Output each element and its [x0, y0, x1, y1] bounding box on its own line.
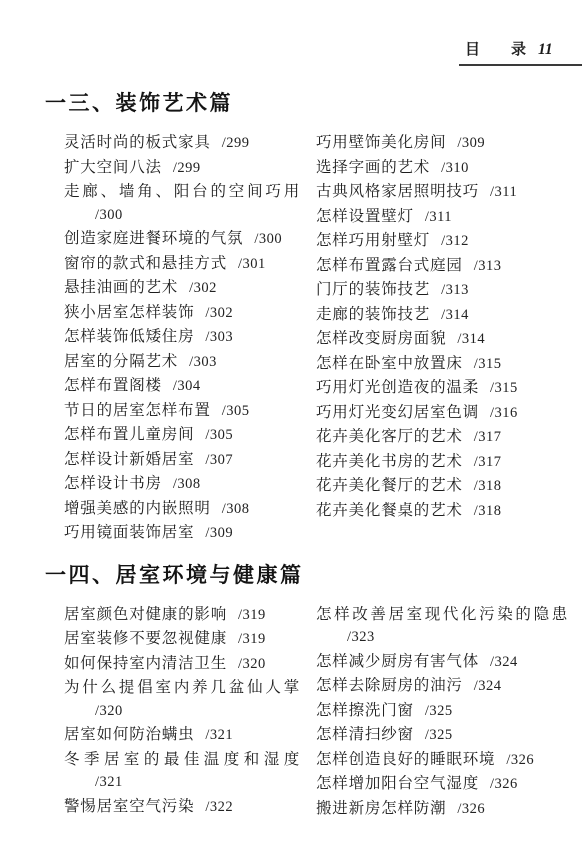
toc-entry: 搬进新房怎样防潮/326	[316, 797, 568, 822]
entry-title: 窗帘的款式和悬挂方式	[64, 255, 227, 272]
toc-entry: 居室装修不要忽视健康/319	[64, 627, 300, 652]
toc-entry: 巧用灯光变幻居室色调/316	[316, 401, 568, 426]
toc-entry: 花卉美化餐厅的艺术/318	[316, 474, 568, 499]
toc-entry: 怎样装饰低矮住房/303	[64, 325, 300, 350]
section-decoration-art: 一三、装饰艺术篇 灵活时尚的板式家具/299扩大空间八法/299走廊、墙角、阳台…	[0, 0, 588, 546]
entry-page: /321	[64, 771, 300, 795]
entry-page: /323	[316, 626, 568, 650]
entry-page: /300	[64, 204, 300, 228]
entry-page: /318	[474, 503, 502, 519]
entry-title: 古典风格家居照明技巧	[316, 183, 479, 200]
toc-entry: 选择字画的艺术/310	[316, 156, 568, 181]
toc-entry: 怎样减少厨房有害气体/324	[316, 650, 568, 675]
entry-title: 门厅的装饰技艺	[316, 281, 430, 298]
entry-title: 居室的分隔艺术	[64, 353, 178, 370]
entry-title: 怎样布置阁楼	[64, 377, 162, 394]
entry-title: 冬季居室的最佳温度和湿度	[64, 748, 300, 772]
entry-title: 巧用灯光创造夜的温柔	[316, 379, 479, 396]
toc-entry: 居室的分隔艺术/303	[64, 350, 300, 375]
entry-page: /307	[205, 452, 233, 468]
toc-entry: 怎样增加阳台空气湿度/326	[316, 772, 568, 797]
entry-title: 巧用灯光变幻居室色调	[316, 404, 479, 421]
toc-entry: 节日的居室怎样布置/305	[64, 399, 300, 424]
entry-page: /304	[173, 378, 201, 394]
entry-page: /299	[222, 135, 250, 151]
toc-column-left: 居室颜色对健康的影响/319居室装修不要忽视健康/319如何保持室内清洁卫生/3…	[64, 603, 300, 822]
entry-title: 居室如何防治螨虫	[64, 726, 194, 743]
entry-page: /324	[490, 654, 518, 670]
entry-page: /305	[222, 403, 250, 419]
entry-title: 选择字画的艺术	[316, 159, 430, 176]
entry-title: 灵活时尚的板式家具	[64, 134, 211, 151]
entry-page: /311	[425, 209, 452, 225]
toc-page: 目 录 11 一三、装饰艺术篇 灵活时尚的板式家具/299扩大空间八法/299走…	[0, 0, 588, 846]
toc-entry: 巧用镜面装饰居室/309	[64, 521, 300, 546]
toc-entry: 怎样设置壁灯/311	[316, 205, 568, 230]
entry-title: 怎样设计书房	[64, 475, 162, 492]
entry-page: /299	[173, 160, 201, 176]
entry-title: 警惕居室空气污染	[64, 798, 194, 815]
entry-page: /309	[205, 525, 233, 541]
entry-page: /302	[189, 280, 217, 296]
header-page-number: 11	[538, 41, 553, 58]
toc-entry: 警惕居室空气污染/322	[64, 795, 300, 820]
entry-page: /315	[490, 380, 518, 396]
entry-page: /312	[441, 233, 469, 249]
toc-entry: 扩大空间八法/299	[64, 156, 300, 181]
toc-column-right: 怎样改善居室现代化污染的隐患/323怎样减少厨房有害气体/324怎样去除厨房的油…	[316, 603, 568, 822]
entry-page: /326	[457, 801, 485, 817]
toc-entry: 怎样布置儿童房间/305	[64, 423, 300, 448]
toc-entry: 悬挂油画的艺术/302	[64, 276, 300, 301]
toc-entry: 花卉美化客厅的艺术/317	[316, 425, 568, 450]
entry-title: 怎样减少厨房有害气体	[316, 653, 479, 670]
toc-entry: 居室如何防治螨虫/321	[64, 723, 300, 748]
entry-page: /308	[173, 476, 201, 492]
toc-columns: 灵活时尚的板式家具/299扩大空间八法/299走廊、墙角、阳台的空间巧用/300…	[64, 131, 588, 546]
toc-entry: 巧用灯光创造夜的温柔/315	[316, 376, 568, 401]
entry-page: /302	[205, 305, 233, 321]
toc-entry: 怎样创造良好的睡眠环境/326	[316, 748, 568, 773]
entry-title: 搬进新房怎样防潮	[316, 800, 446, 817]
toc-entry: 怎样布置阁楼/304	[64, 374, 300, 399]
toc-entry: 冬季居室的最佳温度和湿度/321	[64, 748, 300, 795]
entry-title: 创造家庭进餐环境的气氛	[64, 230, 243, 247]
toc-entry: 为什么提倡室内养几盆仙人掌/320	[64, 676, 300, 723]
entry-title: 怎样清扫纱窗	[316, 726, 414, 743]
entry-page: /316	[490, 405, 518, 421]
entry-page: /303	[189, 354, 217, 370]
entry-page: /315	[474, 356, 502, 372]
entry-title: 怎样改善居室现代化污染的隐患	[316, 603, 568, 627]
entry-title: 悬挂油画的艺术	[64, 279, 178, 296]
entry-page: /325	[425, 727, 453, 743]
toc-entry: 怎样设计书房/308	[64, 472, 300, 497]
entry-title: 走廊、墙角、阳台的空间巧用	[64, 180, 300, 204]
toc-entry: 走廊的装饰技艺/314	[316, 303, 568, 328]
entry-title: 为什么提倡室内养几盆仙人掌	[64, 676, 300, 700]
entry-page: /326	[490, 776, 518, 792]
page-header: 目 录 11	[459, 38, 582, 66]
entry-title: 花卉美化餐桌的艺术	[316, 502, 463, 519]
entry-title: 怎样擦洗门窗	[316, 702, 414, 719]
section-title: 一四、居室环境与健康篇	[45, 559, 588, 589]
entry-page: /300	[254, 231, 282, 247]
toc-entry: 怎样设计新婚居室/307	[64, 448, 300, 473]
entry-page: /314	[457, 331, 485, 347]
entry-title: 狭小居室怎样装饰	[64, 304, 194, 321]
toc-entry: 窗帘的款式和悬挂方式/301	[64, 252, 300, 277]
toc-entry: 怎样在卧室中放置床/315	[316, 352, 568, 377]
entry-title: 扩大空间八法	[64, 159, 162, 176]
entry-title: 怎样布置儿童房间	[64, 426, 194, 443]
toc-entry: 灵活时尚的板式家具/299	[64, 131, 300, 156]
entry-page: /325	[425, 703, 453, 719]
entry-page: /326	[506, 752, 534, 768]
toc-entry: 门厅的装饰技艺/313	[316, 278, 568, 303]
toc-entry: 增强美感的内嵌照明/308	[64, 497, 300, 522]
toc-entry: 怎样去除厨房的油污/324	[316, 674, 568, 699]
entry-page: /305	[205, 427, 233, 443]
entry-title: 巧用壁饰美化房间	[316, 134, 446, 151]
entry-title: 花卉美化客厅的艺术	[316, 428, 463, 445]
entry-page: /322	[205, 799, 233, 815]
entry-page: /314	[441, 307, 469, 323]
toc-entry: 创造家庭进餐环境的气氛/300	[64, 227, 300, 252]
entry-title: 居室装修不要忽视健康	[64, 630, 227, 647]
entry-page: /318	[474, 478, 502, 494]
entry-page: /301	[238, 256, 266, 272]
entry-page: /308	[222, 501, 250, 517]
header-title: 目 录	[465, 42, 534, 58]
entry-title: 怎样在卧室中放置床	[316, 355, 463, 372]
entry-title: 增强美感的内嵌照明	[64, 500, 211, 517]
toc-entry: 怎样改变厨房面貌/314	[316, 327, 568, 352]
toc-entry: 巧用壁饰美化房间/309	[316, 131, 568, 156]
entry-title: 花卉美化书房的艺术	[316, 453, 463, 470]
toc-entry: 如何保持室内清洁卫生/320	[64, 652, 300, 677]
entry-title: 怎样创造良好的睡眠环境	[316, 751, 495, 768]
toc-entry: 居室颜色对健康的影响/319	[64, 603, 300, 628]
entry-title: 怎样装饰低矮住房	[64, 328, 194, 345]
entry-page: /303	[205, 329, 233, 345]
entry-title: 怎样布置露台式庭园	[316, 257, 463, 274]
entry-page: /313	[441, 282, 469, 298]
entry-page: /324	[474, 678, 502, 694]
entry-title: 花卉美化餐厅的艺术	[316, 477, 463, 494]
toc-entry: 怎样擦洗门窗/325	[316, 699, 568, 724]
entry-page: /319	[238, 631, 266, 647]
entry-page: /321	[205, 727, 233, 743]
entry-title: 怎样设置壁灯	[316, 208, 414, 225]
entry-page: /311	[490, 184, 517, 200]
toc-column-left: 灵活时尚的板式家具/299扩大空间八法/299走廊、墙角、阳台的空间巧用/300…	[64, 131, 300, 546]
toc-columns: 居室颜色对健康的影响/319居室装修不要忽视健康/319如何保持室内清洁卫生/3…	[64, 603, 588, 822]
entry-page: /320	[64, 700, 300, 724]
entry-title: 节日的居室怎样布置	[64, 402, 211, 419]
entry-page: /310	[441, 160, 469, 176]
entry-page: /317	[474, 429, 502, 445]
toc-entry: 怎样巧用射壁灯/312	[316, 229, 568, 254]
entry-page: /319	[238, 607, 266, 623]
entry-title: 怎样去除厨房的油污	[316, 677, 463, 694]
toc-entry: 古典风格家居照明技巧/311	[316, 180, 568, 205]
entry-title: 怎样设计新婚居室	[64, 451, 194, 468]
entry-page: /313	[474, 258, 502, 274]
entry-title: 怎样改变厨房面貌	[316, 330, 446, 347]
toc-column-right: 巧用壁饰美化房间/309选择字画的艺术/310古典风格家居照明技巧/311怎样设…	[316, 131, 568, 546]
toc-entry: 花卉美化餐桌的艺术/318	[316, 499, 568, 524]
entry-title: 居室颜色对健康的影响	[64, 606, 227, 623]
entry-page: /309	[457, 135, 485, 151]
toc-entry: 怎样清扫纱窗/325	[316, 723, 568, 748]
toc-entry: 怎样布置露台式庭园/313	[316, 254, 568, 279]
entry-title: 怎样巧用射壁灯	[316, 232, 430, 249]
entry-title: 走廊的装饰技艺	[316, 306, 430, 323]
section-environment-health: 一四、居室环境与健康篇 居室颜色对健康的影响/319居室装修不要忽视健康/319…	[0, 559, 588, 822]
toc-entry: 走廊、墙角、阳台的空间巧用/300	[64, 180, 300, 227]
entry-title: 怎样增加阳台空气湿度	[316, 775, 479, 792]
toc-entry: 狭小居室怎样装饰/302	[64, 301, 300, 326]
entry-page: /317	[474, 454, 502, 470]
entry-page: /320	[238, 656, 266, 672]
toc-entry: 花卉美化书房的艺术/317	[316, 450, 568, 475]
entry-title: 如何保持室内清洁卫生	[64, 655, 227, 672]
entry-title: 巧用镜面装饰居室	[64, 524, 194, 541]
toc-entry: 怎样改善居室现代化污染的隐患/323	[316, 603, 568, 650]
